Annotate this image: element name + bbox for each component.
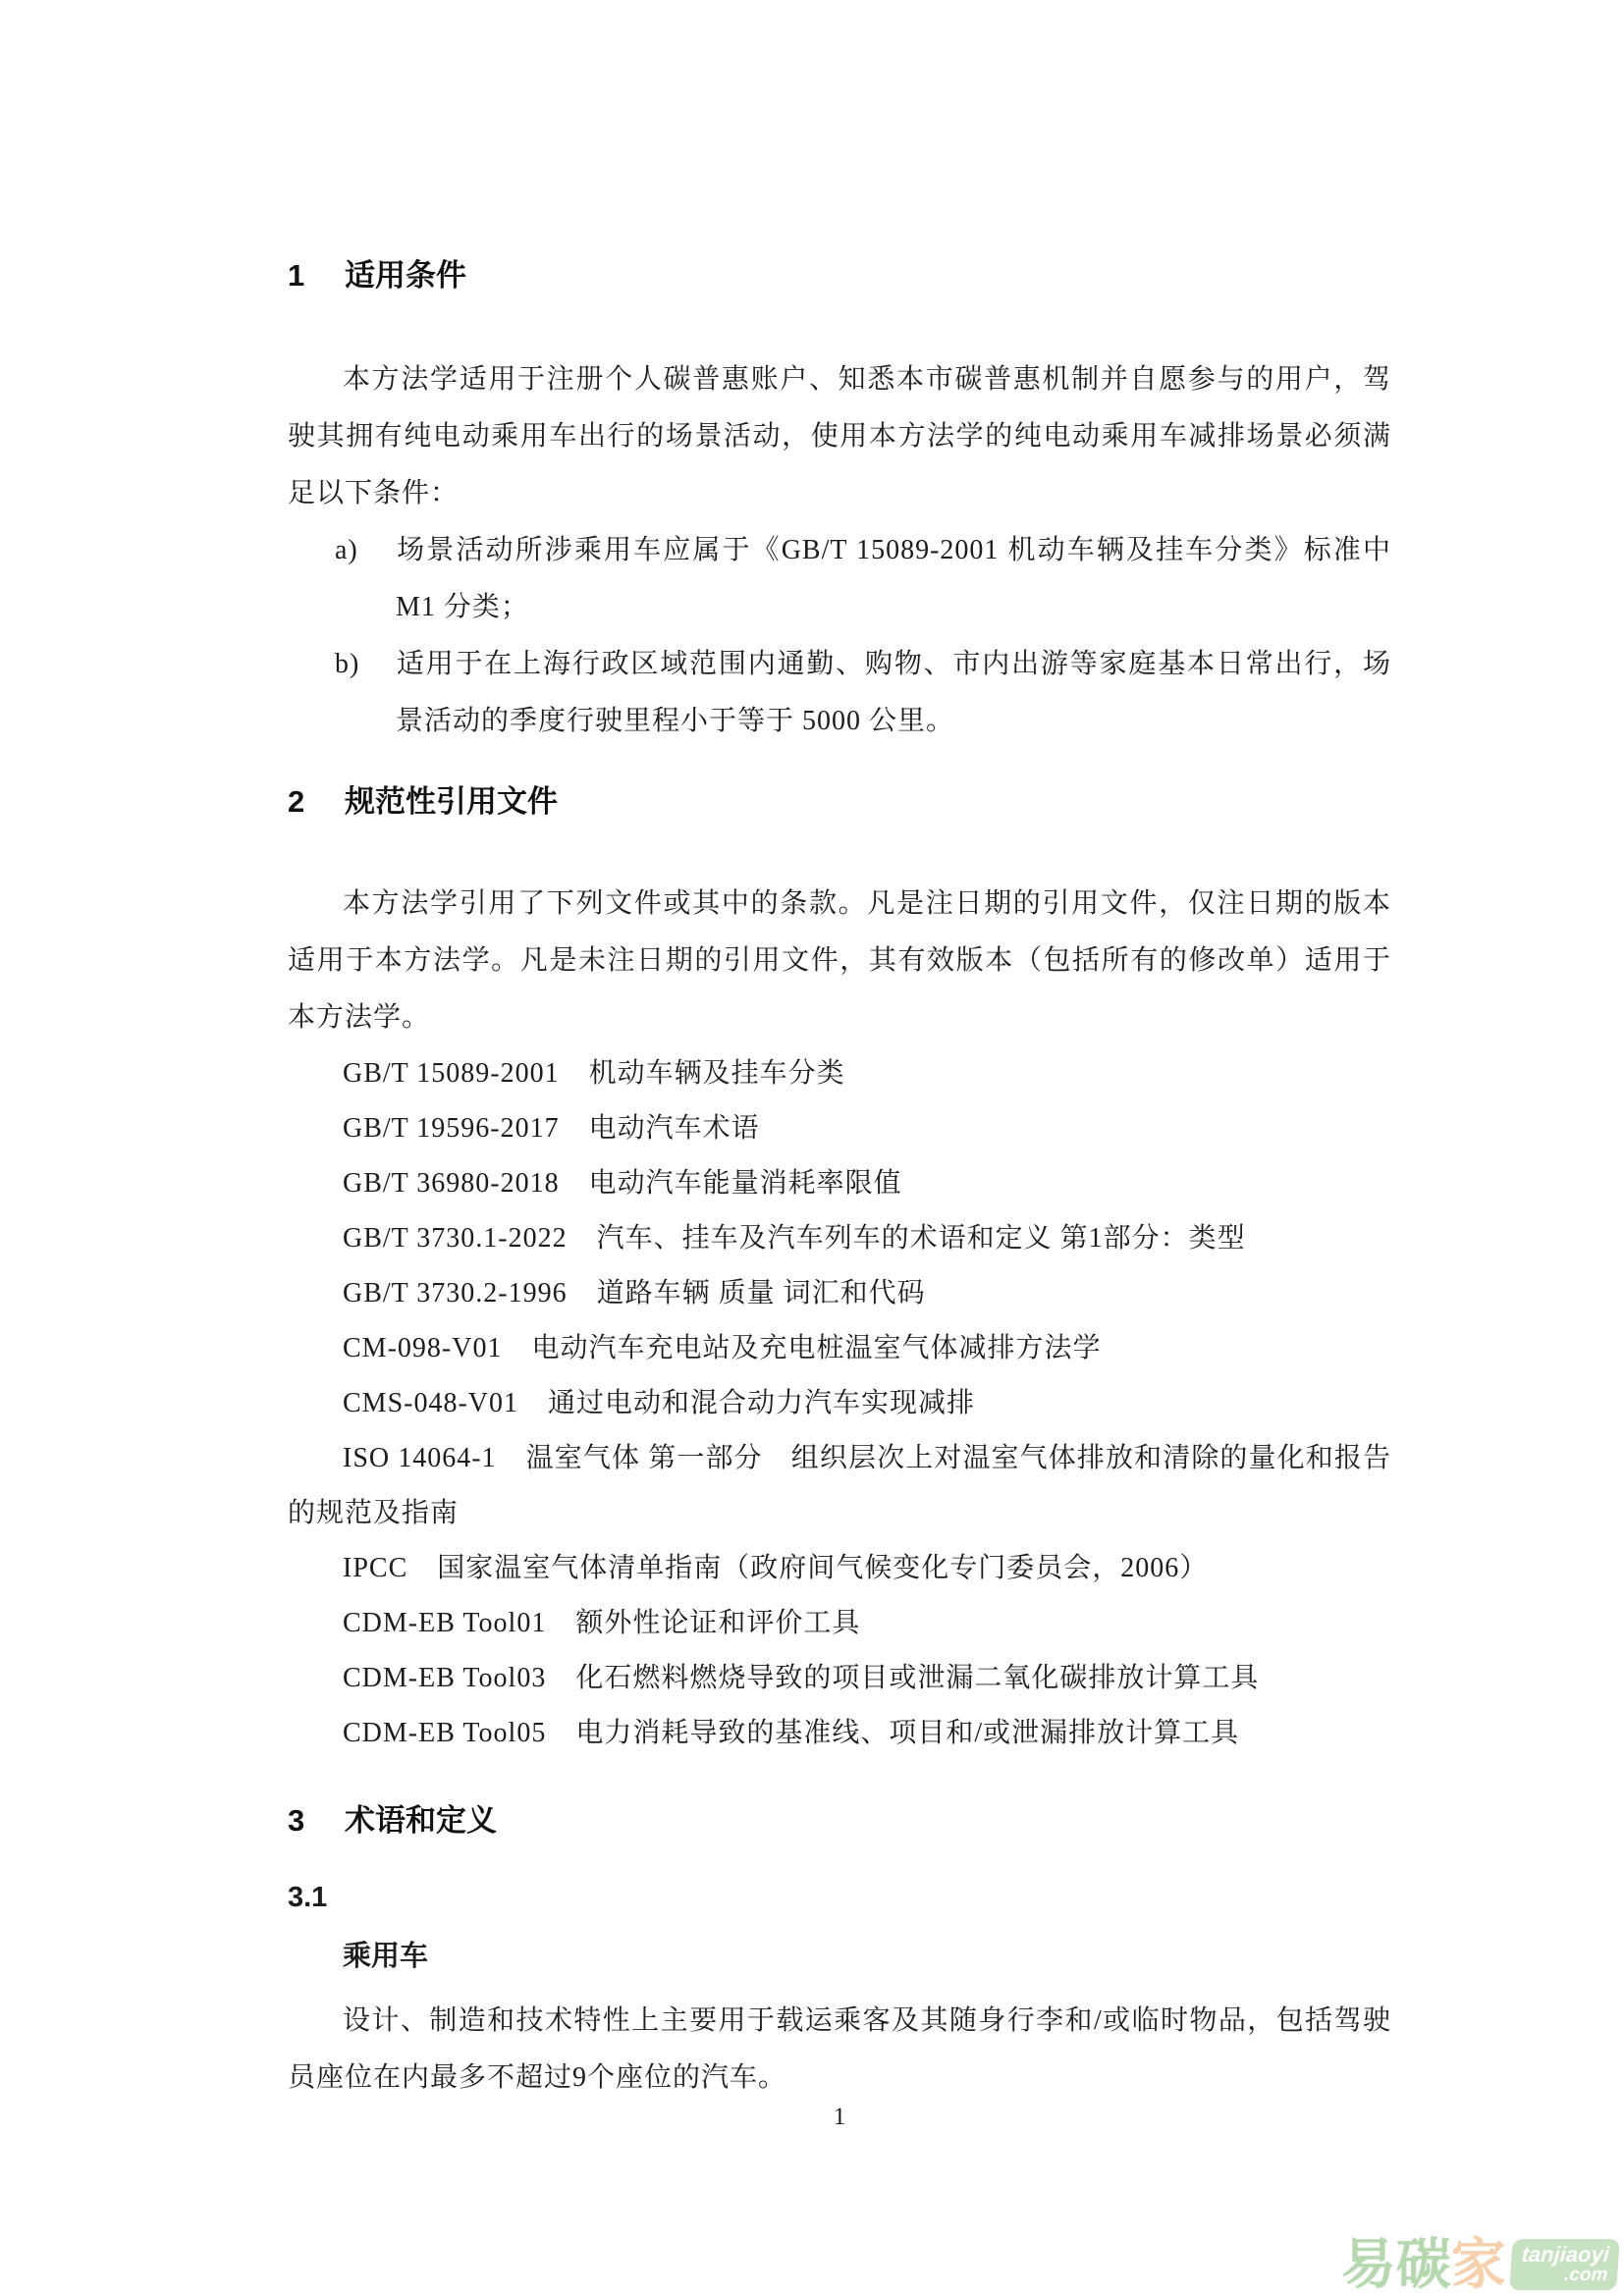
watermark-badge-tld: .com bbox=[1519, 2266, 1608, 2285]
section-1-title: 适用条件 bbox=[345, 258, 466, 293]
reference-list: GB/T 15089-2001机动车辆及挂车分类 GB/T 19596-2017… bbox=[288, 1046, 1391, 1761]
list-item-a: a)场景活动所涉乘用车应属于《GB/T 15089-2001 机动车辆及挂车分类… bbox=[288, 522, 1391, 636]
reference-item: GB/T 19596-2017电动汽车术语 bbox=[288, 1101, 1391, 1156]
watermark-badge-domain: tanjiaoyi bbox=[1521, 2243, 1610, 2266]
watermark-char-jia: 家 bbox=[1451, 2235, 1506, 2294]
section-2-title: 规范性引用文件 bbox=[345, 784, 558, 819]
reference-item: GB/T 36980-2018电动汽车能量消耗率限值 bbox=[288, 1156, 1391, 1211]
reference-item: ISO 14064-1温室气体 第一部分 组织层次上对温室气体排放和清除的量化和… bbox=[288, 1431, 1391, 1541]
reference-title: 电动汽车充电站及充电桩温室气体减排方法学 bbox=[531, 1333, 1101, 1363]
reference-item: CDM-EB Tool01额外性论证和评价工具 bbox=[288, 1596, 1391, 1651]
section-1-paragraph: 本方法学适用于注册个人碳普惠账户、知悉本市碳普惠机制并自愿参与的用户，驾驶其拥有… bbox=[288, 351, 1391, 522]
reference-title: 道路车辆 质量 词汇和代码 bbox=[597, 1278, 926, 1308]
reference-title: 电动汽车能量消耗率限值 bbox=[589, 1168, 902, 1199]
reference-code: GB/T 3730.2-1996 bbox=[343, 1278, 568, 1308]
reference-title: 机动车辆及挂车分类 bbox=[589, 1058, 845, 1089]
reference-title: 国家温室气体清单指南（政府间气候变化专门委员会，2006） bbox=[437, 1553, 1208, 1583]
page-number: 1 bbox=[288, 2103, 1391, 2132]
reference-code: CDM-EB Tool03 bbox=[343, 1663, 546, 1693]
reference-code: CMS-048-V01 bbox=[343, 1388, 518, 1418]
reference-item: CDM-EB Tool05电力消耗导致的基准线、项目和/或泄漏排放计算工具 bbox=[288, 1706, 1391, 1761]
reference-title: 化石燃料燃烧导致的项目或泄漏二氧化碳排放计算工具 bbox=[575, 1663, 1259, 1693]
reference-title: 额外性论证和评价工具 bbox=[575, 1608, 860, 1638]
section-2-heading: 2规范性引用文件 bbox=[288, 781, 1391, 823]
reference-item: IPCC国家温室气体清单指南（政府间气候变化专门委员会，2006） bbox=[288, 1541, 1391, 1596]
reference-code: GB/T 19596-2017 bbox=[343, 1113, 560, 1144]
list-marker-a: a) bbox=[335, 522, 396, 579]
reference-code: GB/T 36980-2018 bbox=[343, 1168, 560, 1199]
reference-code: CM-098-V01 bbox=[343, 1333, 502, 1363]
subsection-3-1-number: 3.1 bbox=[288, 1877, 1391, 1918]
section-1-number: 1 bbox=[288, 255, 345, 296]
reference-item: GB/T 3730.2-1996道路车辆 质量 词汇和代码 bbox=[288, 1266, 1391, 1321]
reference-code: CDM-EB Tool01 bbox=[343, 1608, 546, 1638]
reference-item: CMS-048-V01通过电动和混合动力汽车实现减排 bbox=[288, 1376, 1391, 1431]
reference-title: 电动汽车术语 bbox=[589, 1113, 760, 1144]
reference-title: 电力消耗导致的基准线、项目和/或泄漏排放计算工具 bbox=[575, 1718, 1239, 1748]
section-1-heading: 1适用条件 bbox=[288, 255, 1391, 296]
reference-title: 汽车、挂车及汽车列车的术语和定义 第1部分：类型 bbox=[597, 1223, 1246, 1254]
watermark-badge: tanjiaoyi .com bbox=[1509, 2239, 1620, 2290]
document-content: 1适用条件 本方法学适用于注册个人碳普惠账户、知悉本市碳普惠机制并自愿参与的用户… bbox=[288, 0, 1391, 2107]
section-2-paragraph: 本方法学引用了下列文件或其中的条款。凡是注日期的引用文件，仅注日期的版本适用于本… bbox=[288, 876, 1391, 1046]
reference-code: IPCC bbox=[343, 1553, 407, 1583]
reference-code: ISO 14064-1 bbox=[343, 1443, 497, 1473]
list-text-b: 适用于在上海行政区域范围内通勤、购物、市内出游等家庭基本日常出行，场景活动的季度… bbox=[396, 649, 1391, 736]
document-page: 1适用条件 本方法学适用于注册个人碳普惠账户、知悉本市碳普惠机制并自愿参与的用户… bbox=[0, 0, 1624, 2296]
reference-title: 通过电动和混合动力汽车实现减排 bbox=[548, 1388, 975, 1418]
section-2-number: 2 bbox=[288, 781, 345, 823]
list-text-a: 场景活动所涉乘用车应属于《GB/T 15089-2001 机动车辆及挂车分类》标… bbox=[396, 535, 1391, 622]
list-item-b: b)适用于在上海行政区域范围内通勤、购物、市内出游等家庭基本日常出行，场景活动的… bbox=[288, 636, 1391, 750]
term-title: 乘用车 bbox=[343, 1936, 1391, 1977]
reference-item: CDM-EB Tool03化石燃料燃烧导致的项目或泄漏二氧化碳排放计算工具 bbox=[288, 1651, 1391, 1706]
reference-item: GB/T 15089-2001机动车辆及挂车分类 bbox=[288, 1046, 1391, 1101]
reference-item: CM-098-V01电动汽车充电站及充电桩温室气体减排方法学 bbox=[288, 1321, 1391, 1376]
watermark-logo: 易 碳 家 tanjiaoyi .com bbox=[1341, 2235, 1618, 2294]
term-definition-paragraph: 设计、制造和技术特性上主要用于载运乘客及其随身行李和/或临时物品，包括驾驶员座位… bbox=[288, 1993, 1391, 2107]
list-marker-b: b) bbox=[335, 636, 396, 693]
watermark-char-tan: 碳 bbox=[1396, 2235, 1451, 2294]
section-3-heading: 3术语和定义 bbox=[288, 1800, 1391, 1842]
reference-code: GB/T 3730.1-2022 bbox=[343, 1223, 568, 1254]
reference-code: CDM-EB Tool05 bbox=[343, 1718, 546, 1748]
section-3-number: 3 bbox=[288, 1800, 345, 1842]
reference-code: GB/T 15089-2001 bbox=[343, 1058, 560, 1089]
watermark-char-yi: 易 bbox=[1341, 2235, 1396, 2294]
section-3-title: 术语和定义 bbox=[345, 1803, 497, 1838]
reference-item: GB/T 3730.1-2022汽车、挂车及汽车列车的术语和定义 第1部分：类型 bbox=[288, 1211, 1391, 1266]
condition-list: a)场景活动所涉乘用车应属于《GB/T 15089-2001 机动车辆及挂车分类… bbox=[288, 522, 1391, 750]
